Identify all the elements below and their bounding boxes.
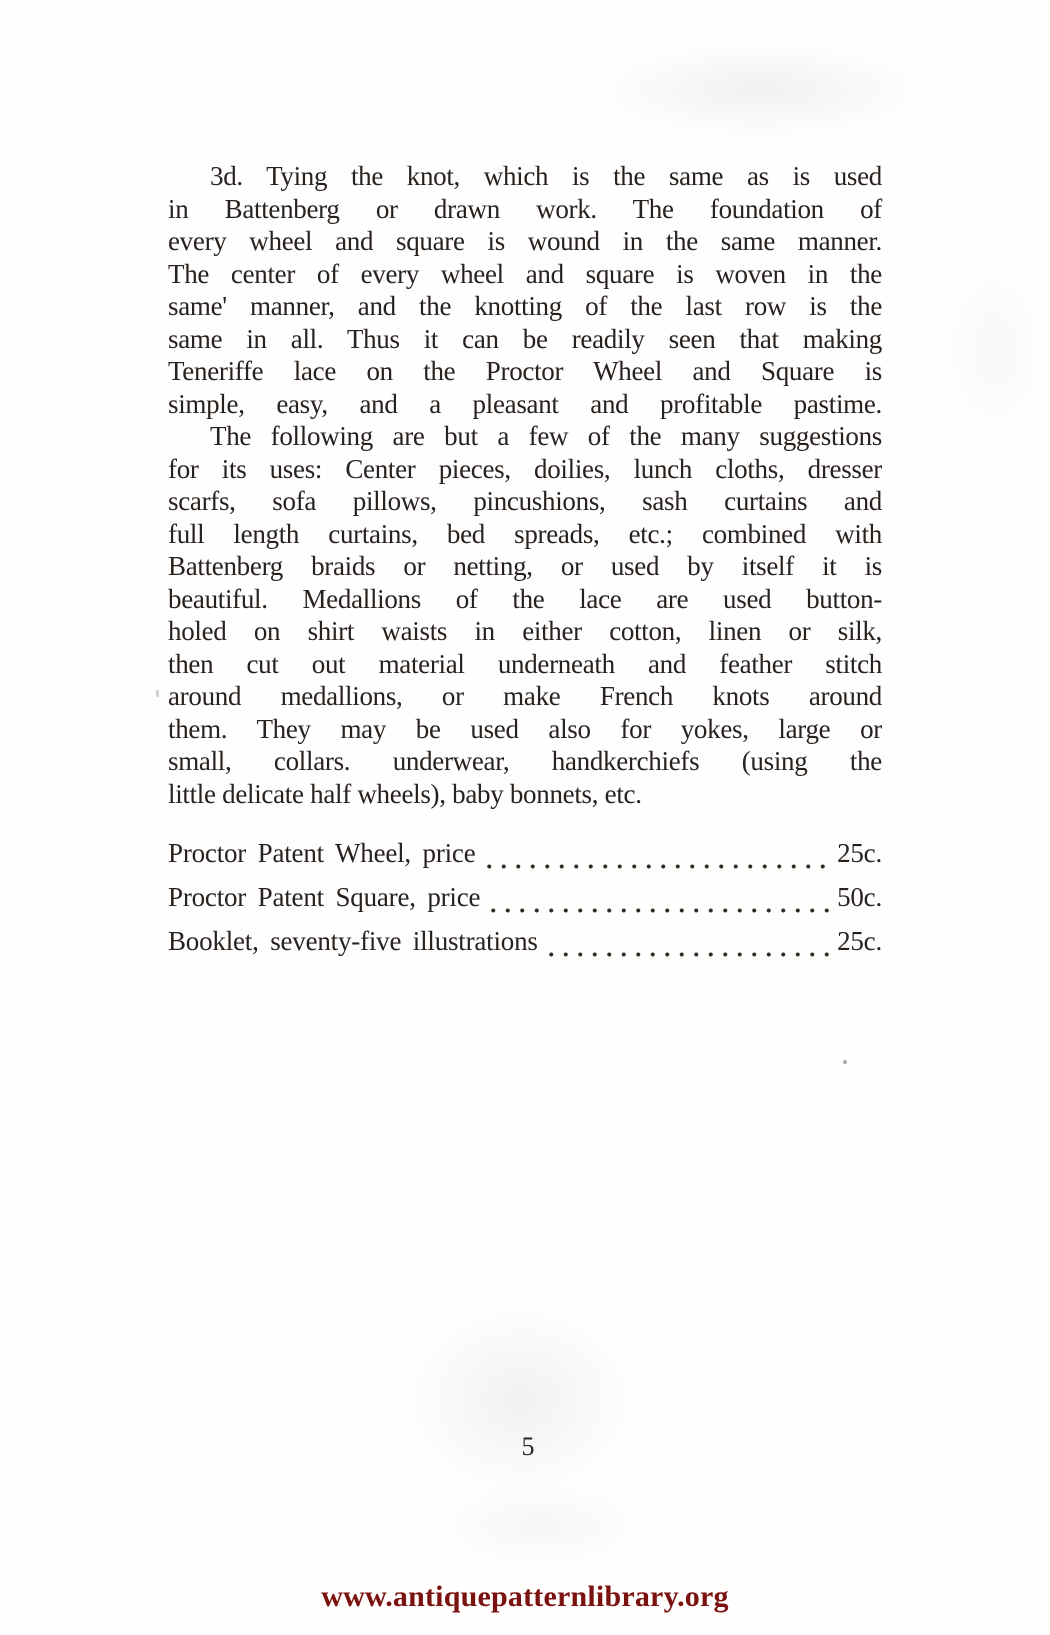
- price-value: 25c.: [837, 926, 882, 957]
- text-line: beautiful. Medallions of the lace are us…: [168, 583, 882, 616]
- paragraph: 3d. Tying the knot, which is the same as…: [168, 160, 882, 420]
- paper-smudge: [940, 260, 1050, 440]
- price-list: Proctor Patent Wheel, price25c.Proctor P…: [168, 838, 882, 970]
- price-label: Booklet, seventy-five illustrations: [168, 926, 538, 957]
- text-line: then cut out material underneath and fea…: [168, 648, 882, 681]
- text-line: Battenberg braids or netting, or used by…: [168, 550, 882, 583]
- ink-speck: [843, 1060, 847, 1064]
- text-line: them. They may be used also for yokes, l…: [168, 713, 882, 746]
- dot-leader-icon: [478, 838, 832, 882]
- text-line: in Battenberg or drawn work. The foundat…: [168, 193, 882, 226]
- ink-speck: [156, 690, 159, 697]
- page-number: 5: [498, 1432, 558, 1462]
- text-line: little delicate half wheels), baby bonne…: [168, 778, 882, 811]
- text-line: simple, easy, and a pleasant and profita…: [168, 388, 882, 421]
- text-line: every wheel and square is wound in the s…: [168, 225, 882, 258]
- paper-smudge: [430, 1480, 650, 1570]
- price-value: 25c.: [837, 838, 882, 869]
- price-label: Proctor Patent Square, price: [168, 882, 480, 913]
- footer-url: www.antiquepatternlibrary.org: [0, 1580, 1050, 1614]
- text-line: small, collars. underwear, handkerchiefs…: [168, 745, 882, 778]
- text-line: for its uses: Center pieces, doilies, lu…: [168, 453, 882, 486]
- book-page-scan: 3d. Tying the knot, which is the same as…: [0, 0, 1050, 1635]
- text-line: same in all. Thus it can be readily seen…: [168, 323, 882, 356]
- text-line: scarfs, sofa pillows, pincushions, sash …: [168, 485, 882, 518]
- dot-leader-icon: [482, 882, 831, 926]
- text-line: same' manner, and the knotting of the la…: [168, 290, 882, 323]
- text-line: The following are but a few of the many …: [168, 420, 882, 453]
- paper-smudge: [400, 1300, 640, 1500]
- text-line: The center of every wheel and square is …: [168, 258, 882, 291]
- paragraph: The following are but a few of the many …: [168, 420, 882, 810]
- text-line: holed on shirt waists in either cotton, …: [168, 615, 882, 648]
- text-line: around medallions, or make French knots …: [168, 680, 882, 713]
- price-row: Proctor Patent Square, price50c.: [168, 882, 882, 926]
- dot-leader-icon: [540, 926, 831, 970]
- price-row: Proctor Patent Wheel, price25c.: [168, 838, 882, 882]
- text-line: full length curtains, bed spreads, etc.;…: [168, 518, 882, 551]
- text-line: Teneriffe lace on the Proctor Wheel and …: [168, 355, 882, 388]
- price-row: Booklet, seventy-five illustrations25c.: [168, 926, 882, 970]
- text-line: 3d. Tying the knot, which is the same as…: [168, 160, 882, 193]
- paper-smudge: [590, 40, 930, 140]
- text-block: 3d. Tying the knot, which is the same as…: [168, 160, 882, 810]
- price-value: 50c.: [837, 882, 882, 913]
- price-label: Proctor Patent Wheel, price: [168, 838, 476, 869]
